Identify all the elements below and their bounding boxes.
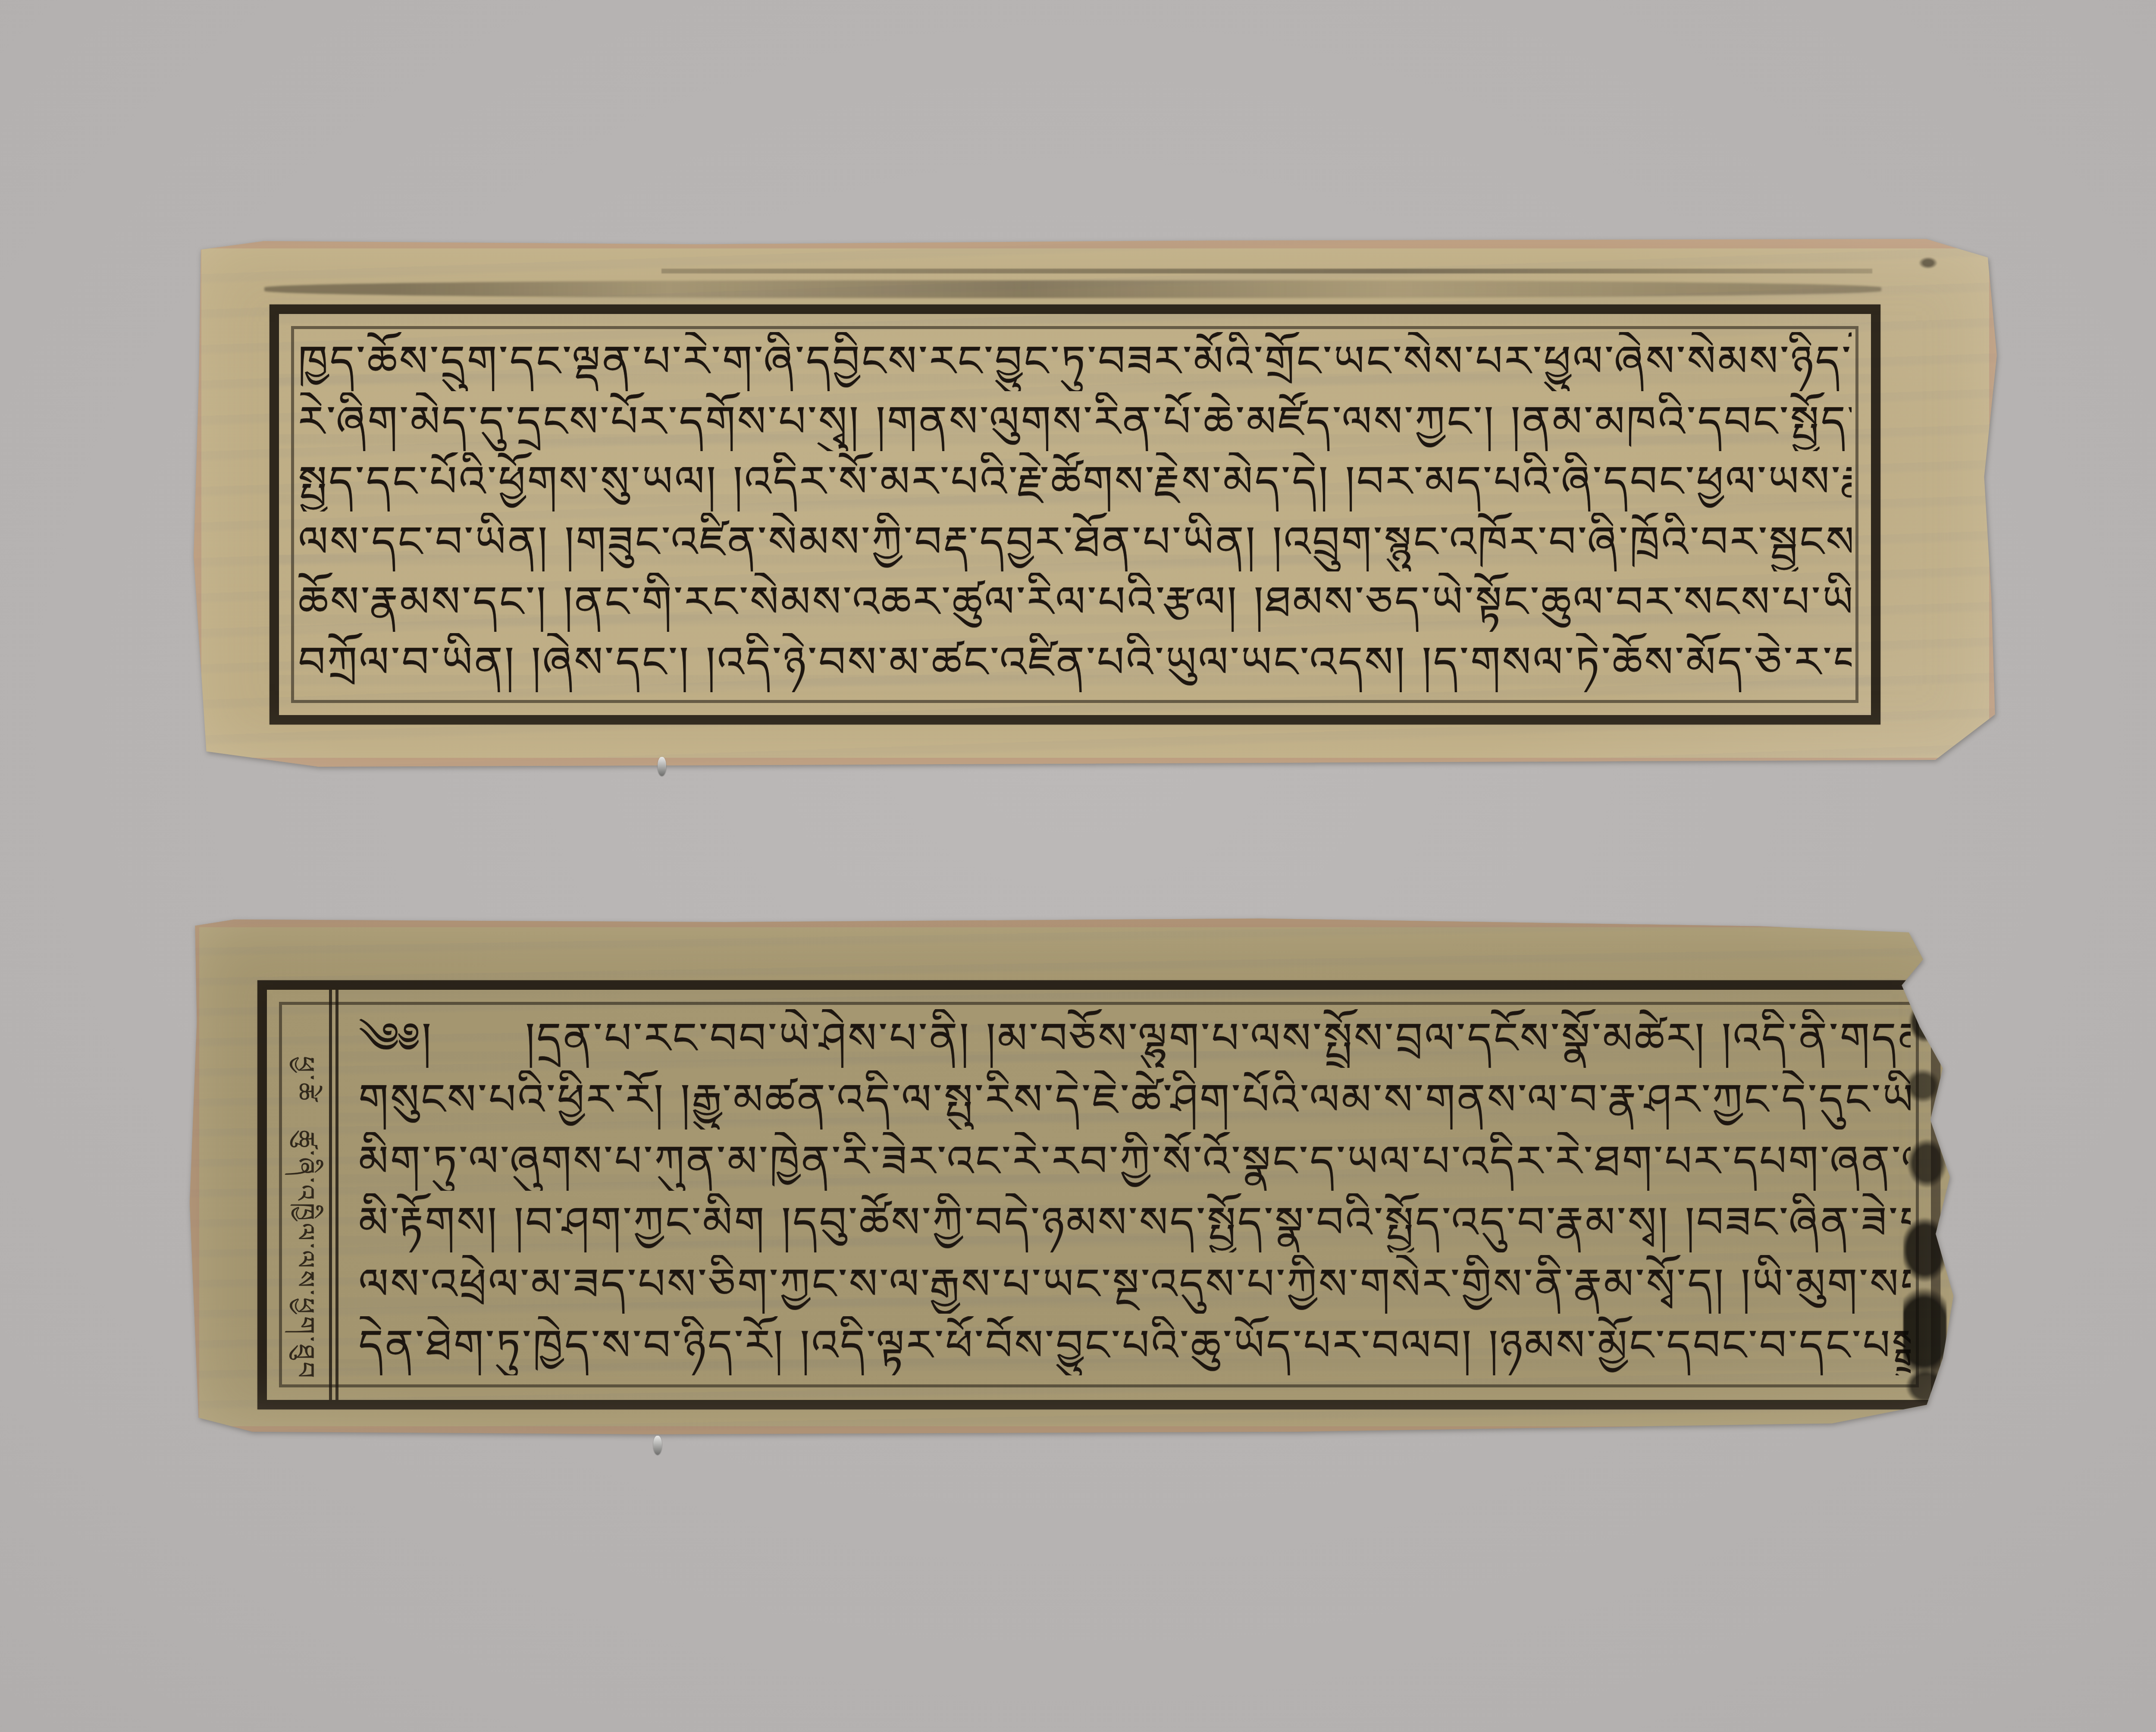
ink-fleck [1915,255,1941,271]
mounting-pin [658,757,666,776]
bottom-folio-text-block: ༄༅། །དྲན་པ་རང་བབ་ཡེ་ཤེས་པ་ནི། །མ་བཅོས་ལྷ… [338,990,1931,1400]
bottom-folio-text-frame: ཕྱ་ཚེ ཚུ་ཞི་འཁྱིལ་ལས་ཕྱག་ཐུབ ༄༅། །དྲན་པ་… [257,980,1940,1409]
bottom-folio: ཕྱ་ཚེ ཚུ་ཞི་འཁྱིལ་ལས་ཕྱག་ཐུབ ༄༅། །དྲན་པ་… [190,918,1975,1436]
ink-setoff-line [661,269,1872,273]
text-line: དེན་ཐེག་ཏུ་ཁྱེད་ས་བ་ཉིད་རོ། །འདི་ལྟར་ཕོ་… [359,1316,1911,1375]
text-line: ཁྱད་ཆོས་དྲུག་དང་ལྡན་པ་རེ་ག་ཞི་དབྱིངས་རང་… [298,332,1852,391]
top-folio: ཁྱད་ཆོས་དྲུག་དང་ལྡན་པ་རེ་ག་ཞི་དབྱིངས་རང་… [192,239,1999,767]
margin-column: ཕྱ་ཚེ ཚུ་ཞི་འཁྱིལ་ལས་ཕྱག་ཐུབ [267,990,338,1400]
margin-annotation-upper: ཕྱ་ཚེ [263,1056,333,1103]
text-line: བཀྲོལ་བ་ཡིན། །ཞེས་དང་། །འདི་ཉེ་བས་མ་ཚང་འ… [298,633,1852,692]
text-line: རེ་ཞིག་མེད་དུ་དྲངས་པོར་དགོས་པ་སྭུ། །གནས་… [298,392,1852,452]
ink-setoff-smudge [264,280,1881,298]
text-line: ཆོས་རྣམས་དང་། །ནང་གི་རང་སེམས་འཆར་ཚུལ་རིལ… [298,573,1852,632]
text-line: ལས་འཕྲེལ་མ་ཟད་པས་ཅིག་ཀྱང་ས་ལ་རྒྱས་པ་ཡང་ས… [359,1255,1911,1314]
top-folio-text-frame: ཁྱད་ཆོས་དྲུག་དང་ལྡན་པ་རེ་ག་ཞི་དབྱིངས་རང་… [269,304,1880,725]
top-folio-text-block: ཁྱད་ཆོས་དྲུག་དང་ལྡན་པ་རེ་ག་ཞི་དབྱིངས་རང་… [279,314,1871,715]
text-line: སྤྱད་དང་པོའི་ཕྱོགས་སུ་ཡལ། །འདིར་སོ་མར་པའ… [298,452,1852,511]
margin-annotation-lower: ཚུ་ཞི་འཁྱིལ་ལས་ཕྱག་ཐུབ [263,1130,333,1381]
text-line: ལས་དང་བ་ཡིན། །གཟུང་འཛིན་སེམས་ཀྱི་བརྡ་དབྱ… [298,513,1852,572]
bottom-folio-paper: ཕྱ་ཚེ ཚུ་ཞི་འཁྱིལ་ལས་ཕྱག་ཐུབ ༄༅། །དྲན་པ་… [190,918,1975,1436]
top-folio-paper: ཁྱད་ཆོས་དྲུག་དང་ལྡན་པ་རེ་ག་ཞི་དབྱིངས་རང་… [192,239,1999,767]
text-line: མིག་ཏུ་ལ་ཞུགས་པ་ཀུན་མ་ཁྱེན་རི་ཟེར་འང་རེ་… [359,1132,1911,1191]
text-line-with-yigmgo: ༄༅། །དྲན་པ་རང་བབ་ཡེ་ཤེས་པ་ནི། །མ་བཅོས་ལྷ… [359,1009,1911,1068]
photo-background: ཁྱད་ཆོས་དྲུག་དང་ལྡན་པ་རེ་ག་ཞི་དབྱིངས་རང་… [0,0,2156,1732]
torn-edge-ink-blotches [1903,949,1946,1405]
text-line: མི་རྟོགས། །བ་ཤག་ཀྱང་མིག །དབུ་ཚོས་ཀྱི་བདེ… [359,1193,1911,1252]
text-line: གསུངས་པའི་ཕྱིར་རོ། །རྒྱུ་མཚན་འདི་ལ་སྤུ་ར… [359,1070,1911,1130]
mounting-pin [653,1436,662,1455]
